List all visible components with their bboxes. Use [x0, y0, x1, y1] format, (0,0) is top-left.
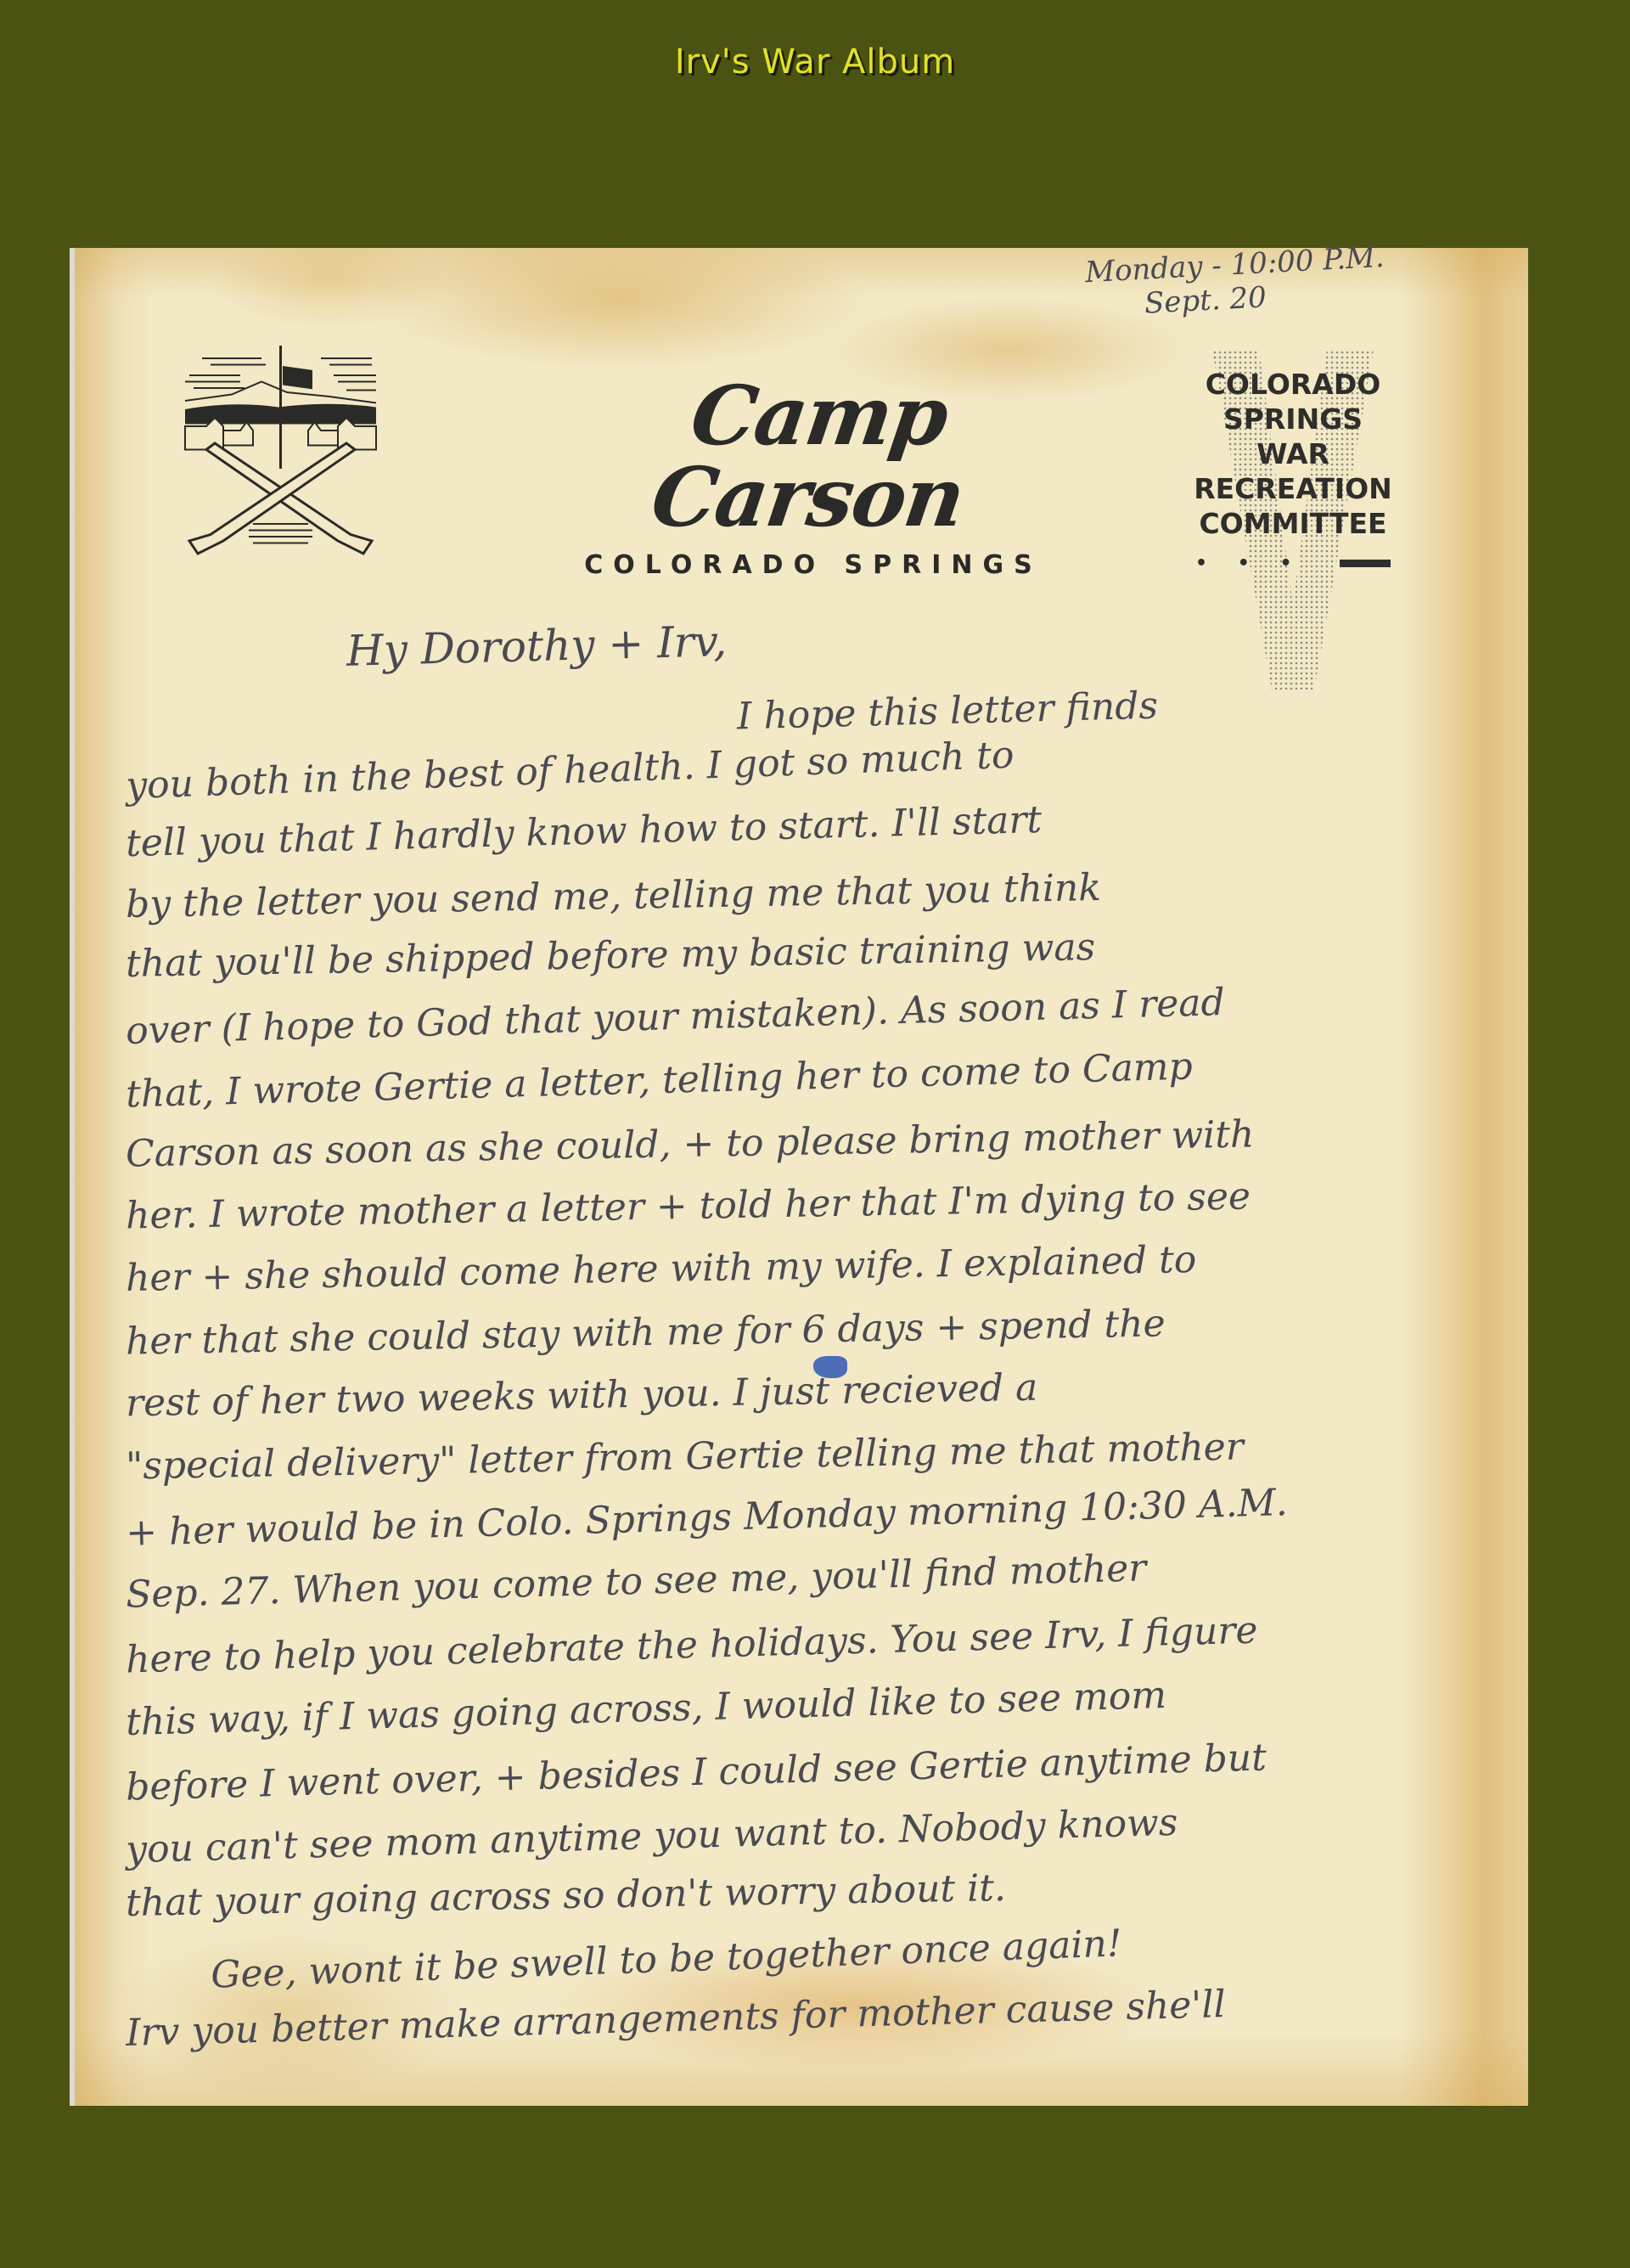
committee-line: COLORADO [1187, 367, 1399, 402]
letter-line: tell you that I hardly know how to start… [126, 798, 1043, 865]
letter-line: by the letter you send me, telling me th… [126, 866, 1102, 926]
letter-line: here to help you celebrate the holidays.… [126, 1609, 1259, 1682]
camp-location: COLORADO SPRINGS [550, 550, 1076, 580]
letter-line: before I went over, + besides I could se… [126, 1736, 1267, 1809]
letter-line: Gee, wont it be swell to be together onc… [210, 1922, 1122, 1996]
committee-line: WAR [1187, 436, 1399, 471]
letter-date: Sept. 20 [1144, 280, 1267, 320]
letter-line: that you'll be shipped before my basic t… [126, 926, 1096, 986]
letter-line: + her would be in Colo. Springs Monday m… [126, 1481, 1289, 1555]
letter-line: Carson as soon as she could, + to please… [126, 1112, 1255, 1175]
morse-dots: • • • [1195, 546, 1304, 581]
letter-line: rest of her two weeks with you. I just r… [126, 1366, 1038, 1426]
letter-line: this way, if I was going across, I would… [126, 1674, 1167, 1744]
letter-line: you both in the best of health. I got so… [125, 734, 1015, 808]
letter-line: I hope this letter finds [736, 684, 1158, 739]
camp-carson-letterhead: Camp Carson COLORADO SPRINGS [550, 375, 1076, 580]
war-recreation-committee: COLORADO SPRINGS WAR RECREATION COMMITTE… [1187, 367, 1399, 581]
letter-line: Sep. 27. When you come to see me, you'll… [126, 1546, 1147, 1616]
committee-line: COMMITTEE [1187, 506, 1399, 541]
letter-line: "special delivery" letter from Gertie te… [126, 1426, 1245, 1489]
letter-line: her + she should come here with my wife.… [126, 1238, 1197, 1300]
ink-blot [813, 1356, 847, 1378]
camp-emblem-icon [168, 333, 423, 588]
letter-line: that, I wrote Gertie a letter, telling h… [126, 1045, 1194, 1117]
album-title: Irv's War Album [0, 42, 1630, 82]
letter-page: Camp Carson COLORADO SPRINGS COLORADO SP… [75, 248, 1528, 2106]
committee-line: SPRINGS [1187, 402, 1399, 436]
morse-v-signal: • • • [1187, 546, 1399, 581]
letter-line: her. I wrote mother a letter + told her … [126, 1174, 1251, 1237]
morse-dash [1340, 560, 1391, 567]
letter-line: over (I hope to God that your mistaken).… [126, 981, 1226, 1053]
letter-salutation: Hy Dorothy + Irv, [346, 616, 727, 676]
letter-line: you can't see mom anytime you want to. N… [126, 1801, 1178, 1871]
letter-line: her that she could stay with me for 6 da… [126, 1302, 1166, 1363]
committee-line: RECREATION [1187, 471, 1399, 506]
camp-name: Camp Carson [539, 375, 1088, 538]
letter-line: that your going across so don't worry ab… [126, 1866, 1007, 1925]
